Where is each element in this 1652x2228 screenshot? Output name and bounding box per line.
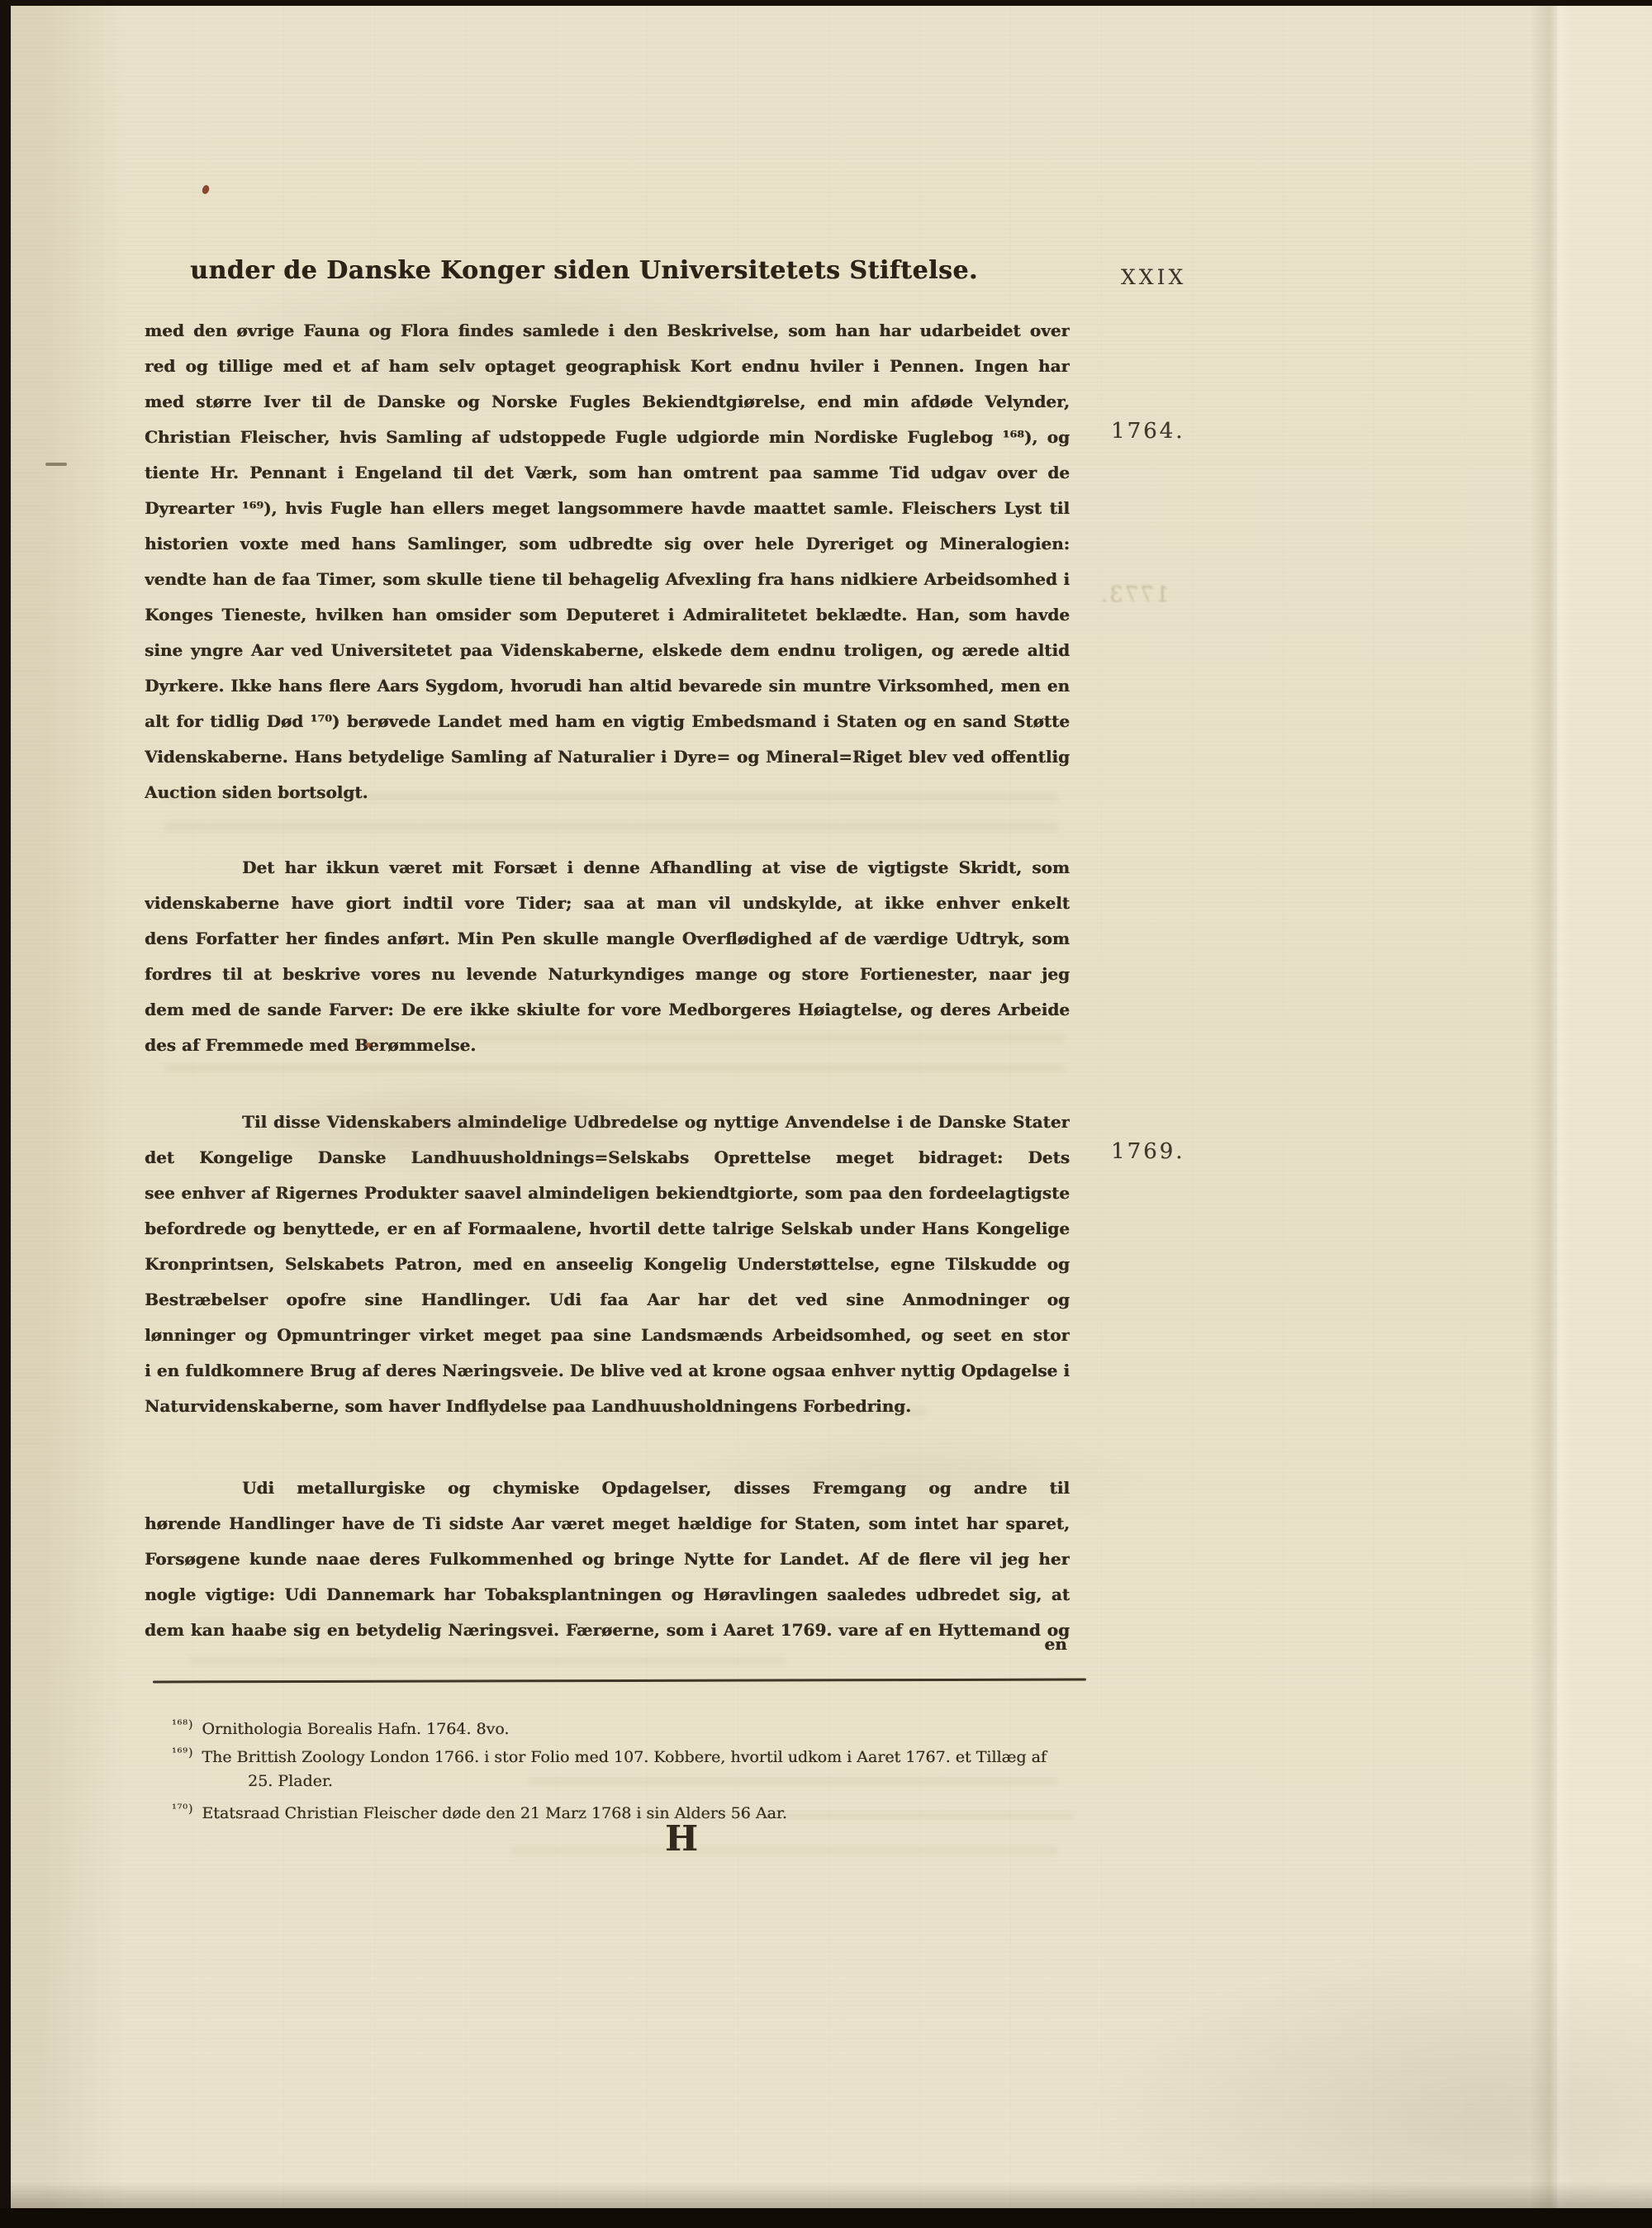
body-line: Bestræbelser opofre sine Handlinger. Udi… xyxy=(145,1282,1070,1318)
bleedthrough-smudge xyxy=(190,1655,785,1666)
body-line: lønninger og Opmuntringer virket meget p… xyxy=(145,1318,1070,1353)
margin-mark xyxy=(45,463,67,466)
footnote-text: Ornithologia Borealis Hafn. 1764. 8vo. xyxy=(202,1720,509,1738)
body-line: befordrede og benyttede, er en af Formaa… xyxy=(145,1211,1070,1247)
footnote-text: 25. Plader. xyxy=(248,1772,333,1790)
scan-edge-left xyxy=(0,0,11,2228)
body-line: see enhver af Rigernes Produkter saavel … xyxy=(145,1176,1070,1211)
page-edge-strip xyxy=(1557,6,1652,2208)
body-line: Det har ikkun været mit Forsæt i denne A… xyxy=(145,850,1070,886)
body-line: dem kan haabe sig en betydelig Næringsve… xyxy=(145,1613,1070,1648)
scan-edge-top xyxy=(0,0,1652,6)
footnotes: ¹⁶⁸)Ornithologia Borealis Hafn. 1764. 8v… xyxy=(172,1711,1105,1823)
footnote-marker: ¹⁶⁹) xyxy=(172,1746,193,1760)
ink-stain xyxy=(201,184,210,195)
body-line: Christian Fleischer, hvis Samling af uds… xyxy=(145,420,1070,455)
body-line: det Kongelige Danske Landhuusholdnings=S… xyxy=(145,1140,1070,1176)
body-line: Kronprintsen, Selskabets Patron, med en … xyxy=(145,1247,1070,1282)
footnote-line: ¹⁶⁹)The Brittish Zoology London 1766. i … xyxy=(172,1739,1105,1767)
footnote-text: The Brittish Zoology London 1766. i stor… xyxy=(202,1748,1047,1766)
page-number: XXIX xyxy=(1121,265,1186,289)
signature-mark: H xyxy=(644,1818,719,1859)
body-line: med større Iver til de Danske og Norske … xyxy=(145,384,1070,420)
body-line: sine yngre Aar ved Universitetet paa Vid… xyxy=(145,633,1070,668)
scan-edge-bottom xyxy=(0,2208,1652,2228)
footnote-line: ¹⁷⁰)Etatsraad Christian Fleischer døde d… xyxy=(172,1795,1105,1823)
body-line: dem med de sande Farver: De ere ikke ski… xyxy=(145,992,1070,1028)
body-line: Auction siden bortsolgt. xyxy=(145,775,1070,810)
body-line: i en fuldkomnere Brug af deres Næringsve… xyxy=(145,1353,1070,1389)
scanned-book-page: under de Danske Konger siden Universitet… xyxy=(0,0,1652,2228)
bleedthrough-year: 1773. xyxy=(1099,582,1169,607)
body-line: alt for tidlig Død ¹⁷⁰) berøvede Landet … xyxy=(145,704,1070,739)
body-line: historien voxte med hans Samlinger, som … xyxy=(145,526,1070,562)
body-line: Dyrearter ¹⁶⁹), hvis Fugle han ellers me… xyxy=(145,491,1070,526)
body-line: Konges Tieneste, hvilken han omsider som… xyxy=(145,597,1070,633)
margin-year-1764: 1764. xyxy=(1111,419,1184,444)
footnote-marker: ¹⁶⁸) xyxy=(172,1718,193,1732)
body-line: hørende Handlinger have de Ti sidste Aar… xyxy=(145,1506,1070,1542)
footnote-separator xyxy=(153,1679,1086,1684)
body-text-block: med den øvrige Fauna og Flora findes sam… xyxy=(145,313,1070,1648)
paper: under de Danske Konger siden Universitet… xyxy=(11,6,1652,2208)
body-line: Dyrkere. Ikke hans flere Aars Sygdom, hv… xyxy=(145,668,1070,704)
body-line: Forsøgene kunde naae deres Fulkommenhed … xyxy=(145,1542,1070,1577)
body-line: med den øvrige Fauna og Flora findes sam… xyxy=(145,313,1070,349)
body-line: tiente Hr. Pennant i Engeland til det Væ… xyxy=(145,455,1070,491)
body-line: fordres til at beskrive vores nu levende… xyxy=(145,957,1070,992)
body-line: red og tillige med et af ham selv optage… xyxy=(145,349,1070,384)
footnote-line: ¹⁶⁸)Ornithologia Borealis Hafn. 1764. 8v… xyxy=(172,1711,1105,1739)
body-line: videnskaberne have giort indtil vore Tid… xyxy=(145,886,1070,921)
body-line: Naturvidenskaberne, som haver Indflydels… xyxy=(145,1389,1070,1424)
body-line: des af Fremmede med Berømmelse. xyxy=(145,1028,1070,1063)
body-line: Udi metallurgiske og chymiske Opdagelser… xyxy=(145,1470,1070,1506)
running-title: under de Danske Konger siden Universitet… xyxy=(145,256,1023,285)
catchword: en xyxy=(1023,1634,1089,1654)
margin-year-1769: 1769. xyxy=(1111,1139,1184,1164)
body-line: vendte han de faa Timer, som skulle tien… xyxy=(145,562,1070,597)
bottom-shadow xyxy=(11,2182,1652,2208)
footnote-line: 25. Plader. xyxy=(172,1767,1105,1795)
body-line: Videnskaberne. Hans betydelige Samling a… xyxy=(145,739,1070,775)
footnote-marker: ¹⁷⁰) xyxy=(172,1803,193,1816)
body-line: nogle vigtige: Udi Dannemark har Tobaksp… xyxy=(145,1577,1070,1613)
body-line: Til disse Videnskabers almindelige Udbre… xyxy=(145,1104,1070,1140)
bleedthrough-smudge xyxy=(512,1845,1057,1856)
body-line: dens Forfatter her findes anført. Min Pe… xyxy=(145,921,1070,957)
